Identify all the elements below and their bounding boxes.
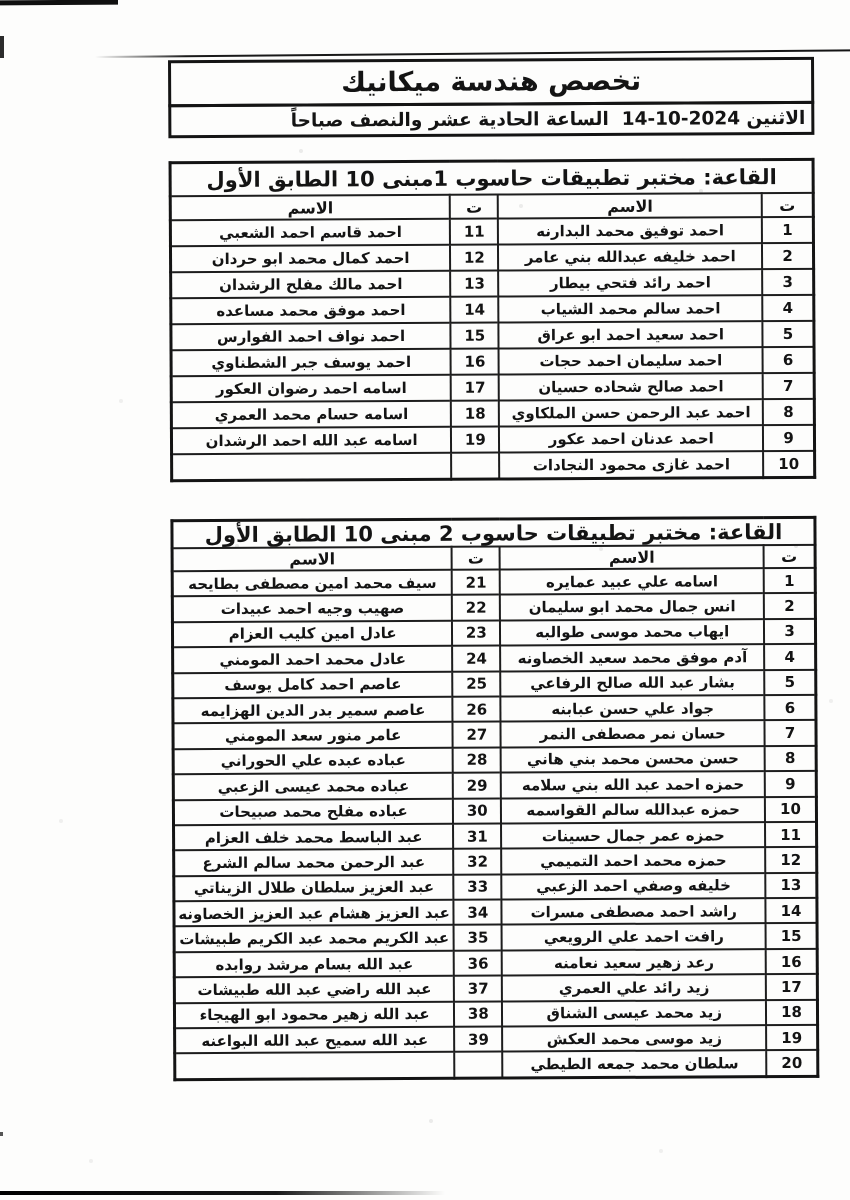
student-row: 4احمد سالم محمد الشياب14احمد موفق محمد م… [171, 295, 814, 324]
student-name-cell: عباده محمد عيسى الزعبي [173, 773, 453, 800]
scan-artifact-speck [0, 1132, 3, 1136]
student-name-cell: احمد موفق محمد مساعده [171, 297, 451, 324]
exam-date-time: الاثنين 2024-10-14 الساعة الحادية عشر وا… [168, 101, 814, 138]
seat-number-cell: 32 [453, 849, 501, 875]
seat-number-cell: 6 [763, 347, 815, 373]
student-name-cell: حسن محسن محمد بني هاني [501, 746, 765, 773]
student-name-cell: حسان نمر مصطفى النمر [501, 720, 765, 747]
col-header-serial: ت [764, 545, 816, 568]
student-name-cell: احمد قاسم احمد الشعبي [170, 219, 450, 246]
seat-number-cell: 12 [765, 847, 817, 873]
student-row: 19زيد موسى محمد العكش39عبد الله سميح عبد… [175, 1025, 818, 1054]
seat-number-cell: 18 [766, 999, 818, 1025]
col-header-serial: ت [762, 193, 814, 217]
seat-number-cell: 17 [451, 375, 499, 401]
seat-number-cell: 22 [452, 595, 500, 621]
seat-number-cell: 20 [766, 1050, 818, 1076]
seat-number-cell: 27 [453, 722, 501, 748]
seat-number-cell: 37 [454, 976, 502, 1002]
student-name-cell: انس جمال محمد ابو سليمان [500, 594, 764, 621]
seat-number-cell: 11 [450, 219, 498, 245]
student-row: 2احمد خليفه عبدالله بني عامر12احمد كمال … [170, 243, 813, 272]
room-header: القاعة: مختبر تطبيقات حاسوب 1مبنى 10 الط… [170, 159, 813, 196]
seat-number-cell: 14 [765, 898, 817, 924]
room-header-row: القاعة: مختبر تطبيقات حاسوب 1مبنى 10 الط… [170, 159, 813, 196]
student-row: 9احمد عدنان احمد عكور19اسامه عبد الله اح… [171, 425, 814, 454]
seat-number-cell: 36 [454, 950, 502, 976]
student-name-cell: احمد صالح شحاده حسيان [499, 373, 763, 400]
seat-number-cell: 3 [764, 619, 816, 645]
student-name-cell: عباده عبده علي الحوراني [173, 747, 453, 774]
student-name-cell: اسامه عبد الله احمد الرشدان [171, 427, 451, 454]
student-row: 8احمد عبد الرحمن حسن الملكاوي18اسامه حسا… [171, 399, 814, 428]
student-name-cell: راشد احمد مصطفى مسرات [502, 898, 766, 925]
student-name-cell [175, 1052, 455, 1079]
student-row: 10احمد غازى محمود النجادات [172, 451, 815, 481]
seat-number-cell: 31 [453, 823, 501, 849]
student-row: 10حمزه عبدالله سالم القواسمه30عباده مفلح… [173, 796, 816, 825]
student-name-cell: اسامه احمد رضوان العكور [171, 375, 451, 402]
student-name-cell: عبد العزيز هشام عبد العزيز الخصاونه [174, 900, 454, 927]
seat-number-cell: 10 [765, 796, 817, 822]
seat-number-cell: 5 [762, 321, 814, 347]
seat-number-cell: 38 [454, 1001, 502, 1027]
student-name-cell: سيف محمد امين مصطفى بطايحه [172, 570, 452, 597]
seat-number-cell: 19 [451, 427, 499, 453]
student-name-cell: زيد رائد علي العمري [502, 974, 766, 1001]
student-name-cell: حمزه عبدالله سالم القواسمه [501, 797, 765, 824]
scan-noise [0, 0, 2, 2]
column-header-row: ت الاسم ت الاسم [172, 545, 815, 571]
student-row: 17زيد رائد علي العمري37عبد الله راضي عبد… [174, 974, 817, 1003]
seat-number-cell [454, 1052, 502, 1078]
student-name-cell: عاصم سمير بدر الدين الهزايمه [173, 697, 453, 724]
seat-number-cell: 8 [763, 399, 815, 425]
seat-number-cell: 1 [762, 217, 814, 243]
student-name-cell: عبد الباسط محمد خلف العزام [174, 824, 454, 851]
student-name-cell: احمد عبد الرحمن حسن الملكاوي [499, 399, 763, 426]
seat-number-cell: 16 [766, 949, 818, 975]
student-name-cell: احمد خليفه عبدالله بني عامر [498, 243, 762, 270]
student-row: 5احمد سعيد احمد ابو عراق15احمد نواف احمد… [171, 321, 814, 350]
student-name-cell: اسامه علي عبيد عمايره [500, 568, 764, 595]
student-name-cell: عبد الكريم محمد عبد الكريم طبيشات [174, 925, 454, 952]
roster-table-lab2: القاعة: مختبر تطبيقات حاسوب 2 مبنى 10 ال… [170, 516, 819, 1081]
student-name-cell: احمد توفيق محمد البدارنه [498, 217, 762, 244]
col-header-name: الاسم [498, 193, 762, 218]
col-header-serial: ت [450, 195, 498, 219]
student-name-cell: عاصم احمد كامل يوسف [173, 671, 453, 698]
student-name-cell: احمد رائد فتحي بيطار [499, 269, 763, 296]
student-name-cell: صهيب وجيه احمد عبيدات [172, 595, 452, 622]
student-name-cell: خليفه وصفي احمد الزعبي [502, 873, 766, 900]
document-content: تخصص هندسة ميكانيك الاثنين 2024-10-14 ال… [168, 57, 819, 1081]
seat-number-cell: 15 [766, 923, 818, 949]
seat-number-cell: 14 [450, 297, 498, 323]
student-row: 5بشار عبد الله صالح الرفاعي25عاصم احمد ك… [173, 669, 816, 698]
seat-number-cell: 30 [453, 798, 501, 824]
student-name-cell: احمد غازى محمود النجادات [500, 451, 764, 479]
student-name-cell: رعد زهير سعيد نعامنه [502, 949, 766, 976]
student-row: 14راشد احمد مصطفى مسرات34عبد العزيز هشام… [174, 898, 817, 927]
seat-number-cell: 33 [453, 874, 501, 900]
student-row: 12حمزه محمد احمد التميمي32عبد الرحمن محم… [174, 847, 817, 876]
seat-number-cell: 5 [764, 669, 816, 695]
scan-artifact-top-bar [0, 0, 118, 5]
student-row: 1احمد توفيق محمد البدارنه11احمد قاسم احم… [170, 217, 813, 246]
student-row: 7احمد صالح شحاده حسيان17اسامه احمد رضوان… [171, 373, 814, 402]
seat-number-cell: 4 [764, 644, 816, 670]
student-name-cell: زيد محمد عيسى الشناق [502, 1000, 766, 1027]
student-row: 2انس جمال محمد ابو سليمان22صهيب وجيه احم… [172, 593, 815, 622]
seat-number-cell: 34 [454, 900, 502, 926]
student-name-cell: عادل امين كليب العزام [172, 621, 452, 648]
student-name-cell: حمزه احمد عبد الله بني سلامه [501, 771, 765, 798]
col-header-name: الاسم [170, 195, 450, 220]
scan-artifact-bottom-line [0, 1191, 445, 1195]
seat-number-cell: 35 [454, 925, 502, 951]
student-row: 6احمد سليمان احمد حجات16احمد يوسف جبر ال… [171, 347, 814, 376]
col-header-name: الاسم [500, 545, 764, 569]
student-name-cell: بشار عبد الله صالح الرفاعي [501, 670, 765, 697]
specialization-title: تخصص هندسة ميكانيك [168, 57, 814, 107]
seat-number-cell: 19 [766, 1025, 818, 1051]
col-header-serial: ت [452, 547, 500, 570]
student-row: 3ايهاب محمد موسى طوالبه23عادل امين كليب … [172, 619, 815, 648]
seat-number-cell: 10 [763, 451, 815, 478]
room-header-row: القاعة: مختبر تطبيقات حاسوب 2 مبنى 10 ال… [172, 517, 815, 548]
student-name-cell: اسامه حسام محمد العمري [171, 401, 451, 428]
scan-artifact-left-mark [0, 36, 4, 58]
student-row: 16رعد زهير سعيد نعامنه36عبد الله بسام مر… [174, 949, 817, 978]
student-row: 15رافت احمد علي الرويعي35عبد الكريم محمد… [174, 923, 817, 952]
student-name-cell: ايهاب محمد موسى طوالبه [500, 619, 764, 646]
seat-number-cell: 39 [454, 1027, 502, 1053]
seat-number-cell: 23 [452, 620, 500, 646]
seat-number-cell: 4 [762, 295, 814, 321]
seat-number-cell: 16 [451, 349, 499, 375]
seat-number-cell: 17 [766, 974, 818, 1000]
student-row: 1اسامه علي عبيد عمايره21سيف محمد امين مص… [172, 568, 815, 597]
student-name-cell: احمد سعيد احمد ابو عراق [499, 321, 763, 348]
seat-number-cell: 2 [762, 243, 814, 269]
seat-number-cell: 13 [765, 873, 817, 899]
seat-number-cell: 18 [451, 401, 499, 427]
seat-number-cell: 12 [450, 245, 498, 271]
student-name-cell: عادل محمد احمد المومني [173, 646, 453, 673]
student-name-cell: احمد يوسف جبر الشطناوي [171, 349, 451, 376]
student-name-cell: آدم موفق محمد سعيد الخصاونه [501, 644, 765, 671]
student-name-cell: احمد مالك مفلح الرشدان [171, 271, 451, 298]
student-row: 18زيد محمد عيسى الشناق38عبد الله زهير مح… [174, 999, 817, 1028]
seat-number-cell: 24 [452, 646, 500, 672]
seat-number-cell: 8 [765, 746, 817, 772]
student-row: 20سلطان محمد جمعه الطيطي [175, 1050, 818, 1079]
seat-number-cell: 3 [762, 269, 814, 295]
scanned-schedule-page: تخصص هندسة ميكانيك الاثنين 2024-10-14 ال… [0, 0, 850, 1200]
student-name-cell [172, 453, 452, 481]
student-name-cell: زيد موسى محمد العكش [503, 1025, 767, 1052]
seat-number-cell: 2 [764, 593, 816, 619]
student-name-cell: عامر منور سعد المومني [173, 722, 453, 749]
seat-number-cell: 7 [763, 373, 815, 399]
student-name-cell: جواد علي حسن عبابنه [501, 695, 765, 722]
student-row: 4آدم موفق محمد سعيد الخصاونه24عادل محمد … [173, 644, 816, 673]
seat-number-cell: 15 [451, 323, 499, 349]
student-row: 13خليفه وصفي احمد الزعبي33عبد العزيز سلط… [174, 873, 817, 902]
student-row: 9حمزه احمد عبد الله بني سلامه29عباده محم… [173, 771, 816, 800]
student-name-cell: احمد نواف احمد الفوارس [171, 323, 451, 350]
student-name-cell: عبد الله بسام مرشد روابده [174, 951, 454, 978]
seat-number-cell: 29 [453, 773, 501, 799]
student-row: 11حمزه عمر جمال حسينات31عبد الباسط محمد … [174, 822, 817, 851]
student-name-cell: عبد الله سميح عبد الله البواعنه [175, 1027, 455, 1054]
seat-number-cell: 28 [453, 747, 501, 773]
room-header: القاعة: مختبر تطبيقات حاسوب 2 مبنى 10 ال… [172, 517, 815, 548]
seat-number-cell: 9 [763, 425, 815, 451]
seat-number-cell: 11 [765, 822, 817, 848]
column-header-row: ت الاسم ت الاسم [170, 193, 813, 220]
student-name-cell: احمد سالم محمد الشياب [499, 295, 763, 322]
student-name-cell: عبد الله زهير محمود ابو الهيجاء [174, 1001, 454, 1028]
student-name-cell: احمد عدنان احمد عكور [499, 425, 763, 452]
student-row: 6جواد علي حسن عبابنه26عاصم سمير بدر الدي… [173, 695, 816, 724]
student-row: 7حسان نمر مصطفى النمر27عامر منور سعد الم… [173, 720, 816, 749]
student-name-cell: حمزه محمد احمد التميمي [502, 847, 766, 874]
student-name-cell: حمزه عمر جمال حسينات [501, 822, 765, 849]
student-name-cell: عبد الله راضي عبد الله طبيشات [174, 976, 454, 1003]
student-name-cell: احمد سليمان احمد حجات [499, 347, 763, 374]
student-row: 3احمد رائد فتحي بيطار13احمد مالك مفلح ال… [171, 269, 814, 298]
student-name-cell: سلطان محمد جمعه الطيطي [503, 1051, 767, 1078]
student-name-cell: عبد الرحمن محمد سالم الشرع [174, 849, 454, 876]
student-name-cell: رافت احمد علي الرويعي [502, 924, 766, 951]
seat-number-cell: 1 [764, 568, 816, 594]
student-row: 8حسن محسن محمد بني هاني28عباده عبده علي … [173, 746, 816, 775]
col-header-name: الاسم [172, 547, 452, 571]
seat-number-cell: 6 [764, 695, 816, 721]
seat-number-cell [451, 453, 499, 480]
student-name-cell: احمد كمال محمد ابو حردان [170, 245, 450, 272]
student-name-cell: عبد العزيز سلطان طلال الزيناتي [174, 874, 454, 901]
seat-number-cell: 9 [765, 771, 817, 797]
seat-number-cell: 25 [452, 671, 500, 697]
student-name-cell: عباده مفلح محمد صبيحات [173, 798, 453, 825]
seat-number-cell: 21 [452, 570, 500, 596]
seat-number-cell: 26 [453, 696, 501, 722]
seat-number-cell: 13 [450, 271, 498, 297]
seat-number-cell: 7 [765, 720, 817, 746]
roster-table-lab1: القاعة: مختبر تطبيقات حاسوب 1مبنى 10 الط… [169, 158, 817, 482]
